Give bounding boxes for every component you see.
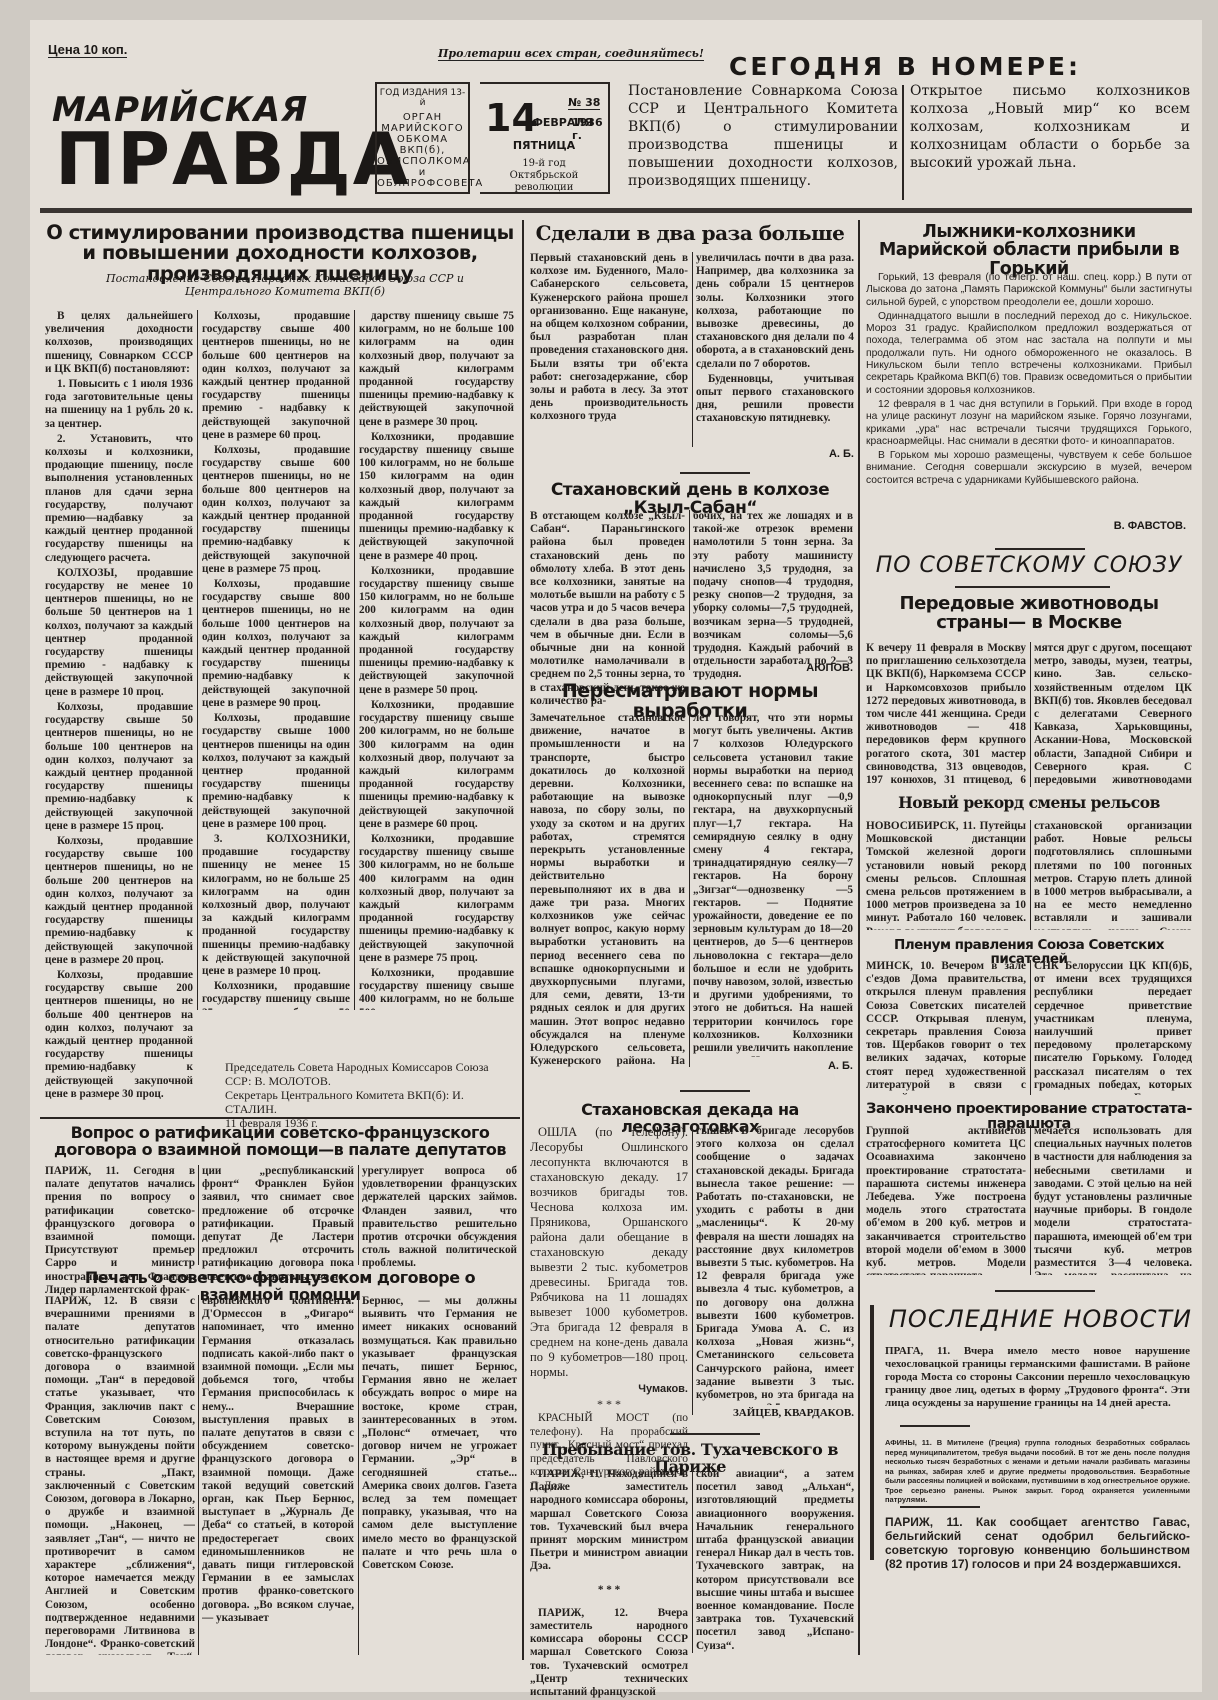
price-label: Цена 10 коп. bbox=[48, 42, 127, 58]
wheat-column-1: В целях дальнейшего увеличения доходност… bbox=[45, 310, 193, 1100]
skiers-headline: Лыжники-колхозники Марийской области при… bbox=[866, 223, 1192, 278]
latest-paris: ПАРИЖ, 11. Как сообщает агентство Гавас,… bbox=[885, 1515, 1190, 1571]
writers-column-2: СНК Белоруссии ЦК КП(б)Б, от имени всех … bbox=[1034, 960, 1192, 1095]
herders-column-1: К вечеру 11 февраля в Москву по приглаше… bbox=[866, 642, 1026, 787]
wheat-col2-para-4: Колхозы, продавшие государству свыше 100… bbox=[202, 712, 350, 831]
wheat-col2-para-3: Колхозы, продавшие государству свыше 800… bbox=[202, 578, 350, 710]
latest-news-section-title: ПОСЛЕДНИЕ НОВОСТИ bbox=[880, 1305, 1192, 1333]
tukhachevsky-col1-para2: ПАРИЖ, 12. Вчера заместитель народного к… bbox=[530, 1607, 688, 1699]
wheat-col3-para-2: Колхозники, продавшие государству пшениц… bbox=[359, 431, 514, 563]
rails-headline: Новый рекорд смены рельсов bbox=[866, 795, 1192, 811]
signature-stalin: Секретарь Центрального Комитета ВКП(б): … bbox=[225, 1088, 515, 1116]
press-column-2: европейского континента. Д'Ормессон в „Ф… bbox=[202, 1295, 354, 1655]
wheat-col3-para-5: Колхозники, продавшие государству пшениц… bbox=[359, 833, 514, 965]
organ-line-5: ОБЛПРОФСОВЕТА bbox=[377, 178, 468, 189]
wheat-col1-para-2: 1. Повысить с 1 июля 1936 года заготовит… bbox=[45, 378, 193, 431]
kyzyl-column-2: бочих, на тех же лошадях и в такой-же от… bbox=[693, 510, 853, 682]
norms-author: А. Б. bbox=[693, 1060, 853, 1072]
weekday: ПЯТНИЦА bbox=[480, 139, 608, 152]
separator-stars: * * * bbox=[530, 1584, 688, 1597]
wheat-signatures: Председатель Совета Народных Комиссаров … bbox=[225, 1060, 515, 1130]
wheat-col1-para-6: Колхозы, продавшие государству свыше 100… bbox=[45, 835, 193, 967]
wheat-col1-para-1: В целях дальнейшего увеличения доходност… bbox=[45, 310, 193, 376]
kyzyl-author: АЮПОВ. bbox=[693, 662, 853, 674]
ratification-headline: Вопрос о ратификации советско-французско… bbox=[45, 1125, 515, 1159]
writers-column-1: МИНСК, 10. Вечером в зале с'ездов Дома п… bbox=[866, 960, 1026, 1095]
norms-column-1: Замечательное стахановское движение, нач… bbox=[530, 712, 685, 1067]
norms-column-2: лет говорят, что эти нормы могут быть ув… bbox=[693, 712, 853, 1057]
forest-author-2: ЗАЙЦЕВ, КВАРДАКОВ. bbox=[696, 1407, 854, 1419]
soviet-union-section-title: ПО СОВЕТСКОМУ СОЮЗУ bbox=[866, 553, 1192, 578]
press-column-1: ПАРИЖ, 12. В связи с вчерашними прениями… bbox=[45, 1295, 195, 1655]
tukhachevsky-column-1: ПАРИЖ, 11. Находящийся в Париже заместит… bbox=[530, 1468, 688, 1700]
stratostat-column-1: Группой активистов стратосферного комите… bbox=[866, 1125, 1026, 1275]
double-col2-para1: увеличилась почти в два раза. Например, … bbox=[696, 252, 854, 371]
press-column-3: Бернюс, — мы должны выявить что Германия… bbox=[362, 1295, 517, 1655]
skiers-para-2: Одиннадцатого вышли в последний переход … bbox=[866, 311, 1192, 397]
organ-line-1: ОРГАН bbox=[377, 112, 468, 123]
rails-column-2: стахановской организации работ. Новые ре… bbox=[1034, 820, 1192, 930]
organ-line-3: ОБКОМА ВКП(б), bbox=[377, 134, 468, 156]
double-col2-para2: Буденновцы, учитывая опыт первого стахан… bbox=[696, 373, 854, 426]
latest-athens: АФИНЫ, 11. В Митилене (Греция) группа го… bbox=[885, 1438, 1190, 1505]
newspaper-page: Цена 10 коп. Пролетарии всех стран, соед… bbox=[30, 20, 1202, 1692]
skiers-para-1: Горький, 13 февраля (по телегр. от наш. … bbox=[866, 272, 1192, 309]
signature-molotov: Председатель Совета Народных Комиссаров … bbox=[225, 1060, 515, 1088]
date-day: 14 bbox=[485, 96, 538, 140]
ratification-column-3: урегулирует вопроса об удовлетворении фр… bbox=[362, 1165, 517, 1271]
stratostat-column-2: мечается использовать для специальных на… bbox=[1034, 1125, 1192, 1275]
tukhachevsky-column-2: ской авиации“, а затем посетил завод „Ал… bbox=[696, 1468, 854, 1653]
latest-prague: ПРАГА, 11. Вчера имело место новое наруш… bbox=[885, 1345, 1190, 1410]
contents-title: СЕГОДНЯ В НОМЕРЕ: bbox=[620, 52, 1190, 81]
wheat-col1-para-4: КОЛХОЗЫ, продавшие государству не менее … bbox=[45, 567, 193, 699]
wheat-col3-para-3: Колхозники, продавшие государству пшениц… bbox=[359, 565, 514, 697]
wheat-col2-para-1: Колхозы, продавшие государству свыше 400… bbox=[202, 310, 350, 442]
skiers-author: В. ФАВСТОВ. bbox=[866, 520, 1186, 532]
organ-line-2: МАРИЙСКОГО bbox=[377, 123, 468, 134]
skiers-body: Горький, 13 февраля (по телегр. от наш. … bbox=[866, 272, 1192, 489]
ratification-column-2: ции „республиканский фронт“ Франклен Буй… bbox=[202, 1165, 354, 1284]
wheat-col1-para-3: 2. Установить, что колхозы и колхозники,… bbox=[45, 433, 193, 565]
forest-col1-para: ОШЛА (по телефону). Лесорубы Ошлинского … bbox=[530, 1125, 688, 1380]
herders-column-2: мятся друг с другом, посещают метро, зав… bbox=[1034, 642, 1192, 787]
organ-box: ГОД ИЗДАНИЯ 13-й ОРГАНМАРИЙСКОГООБКОМА В… bbox=[375, 82, 470, 194]
forest-author-1: Чумаков. bbox=[530, 1382, 688, 1397]
wheat-subhead: Постановление Совета Народных Комиссаров… bbox=[75, 272, 495, 298]
issue-number: № 38 bbox=[568, 96, 600, 110]
double-column-1: Первый стахановский день в колхозе им. Б… bbox=[530, 252, 688, 424]
kyzyl-column-1: В отстающем колхозе „Кзыл-Сабан“. Парань… bbox=[530, 510, 685, 708]
skiers-para-3: 12 февраля в 1 час дня вступили в Горьки… bbox=[866, 399, 1192, 448]
wheat-col2-para-5: 3. КОЛХОЗНИКИ, продавшие государству пше… bbox=[202, 833, 350, 978]
organ-line-4: ОБИСПОЛКОМА и bbox=[377, 156, 468, 178]
masthead-title-line2: ПРАВДА bbox=[55, 123, 410, 195]
separator-stars: * * * bbox=[530, 1397, 688, 1412]
wheat-col1-para-7: Колхозы, продавшие государству свыше 200… bbox=[45, 969, 193, 1100]
herders-headline: Передовые животноводы страны— в Москве bbox=[866, 595, 1192, 633]
contents-item-decree[interactable]: Постановление Совнаркома Союза ССР и Цен… bbox=[628, 82, 898, 190]
wheat-column-2: Колхозы, продавшие государству свыше 400… bbox=[202, 310, 350, 1010]
wheat-column-3: дарству пшеницу свыше 75 килограмм, но н… bbox=[359, 310, 514, 1010]
skiers-para-4: В Горьком мы хорошо размещены, чувствуем… bbox=[866, 450, 1192, 487]
double-author: А. Б. bbox=[696, 448, 854, 460]
double-headline: Сделали в два раза больше bbox=[530, 223, 850, 244]
wheat-col2-para-2: Колхозы, продавшие государству свыше 600… bbox=[202, 444, 350, 576]
tukhachevsky-col1-para1: ПАРИЖ, 11. Находящийся в Париже заместит… bbox=[530, 1468, 688, 1574]
wheat-col3-para-1: дарству пшеницу свыше 75 килограмм, но н… bbox=[359, 310, 514, 429]
wheat-col3-para-6: Колхозники, продавшие государству пшениц… bbox=[359, 967, 514, 1010]
wheat-col3-para-4: Колхозники, продавшие государству пшениц… bbox=[359, 699, 514, 831]
organ-lines: ОРГАНМАРИЙСКОГООБКОМА ВКП(б),ОБИСПОЛКОМА… bbox=[377, 112, 468, 189]
wheat-col1-para-5: Колхозы, продавшие государству свыше 50 … bbox=[45, 701, 193, 833]
forest-column-2: гышев. В бригаде лесорубов этого колхоза… bbox=[696, 1125, 854, 1405]
double-column-2: увеличилась почти в два раза. Например, … bbox=[696, 252, 854, 428]
revolution-year: 19-й год Октябрьской революции bbox=[488, 158, 600, 194]
wheat-col2-para-6: Колхозники, продавшие государству пшениц… bbox=[202, 980, 350, 1010]
date-box: 14 № 38 ФЕВРАЛЯ 1936 г. ПЯТНИЦА 19-й год… bbox=[480, 82, 610, 194]
publication-year: ГОД ИЗДАНИЯ 13-й bbox=[377, 88, 468, 108]
contents-item-open-letter[interactable]: Открытое письмо колхозников колхоза „Нов… bbox=[910, 82, 1190, 172]
rails-column-1: НОВОСИБИРСК, 11. Путейцы Мошковской дист… bbox=[866, 820, 1026, 930]
